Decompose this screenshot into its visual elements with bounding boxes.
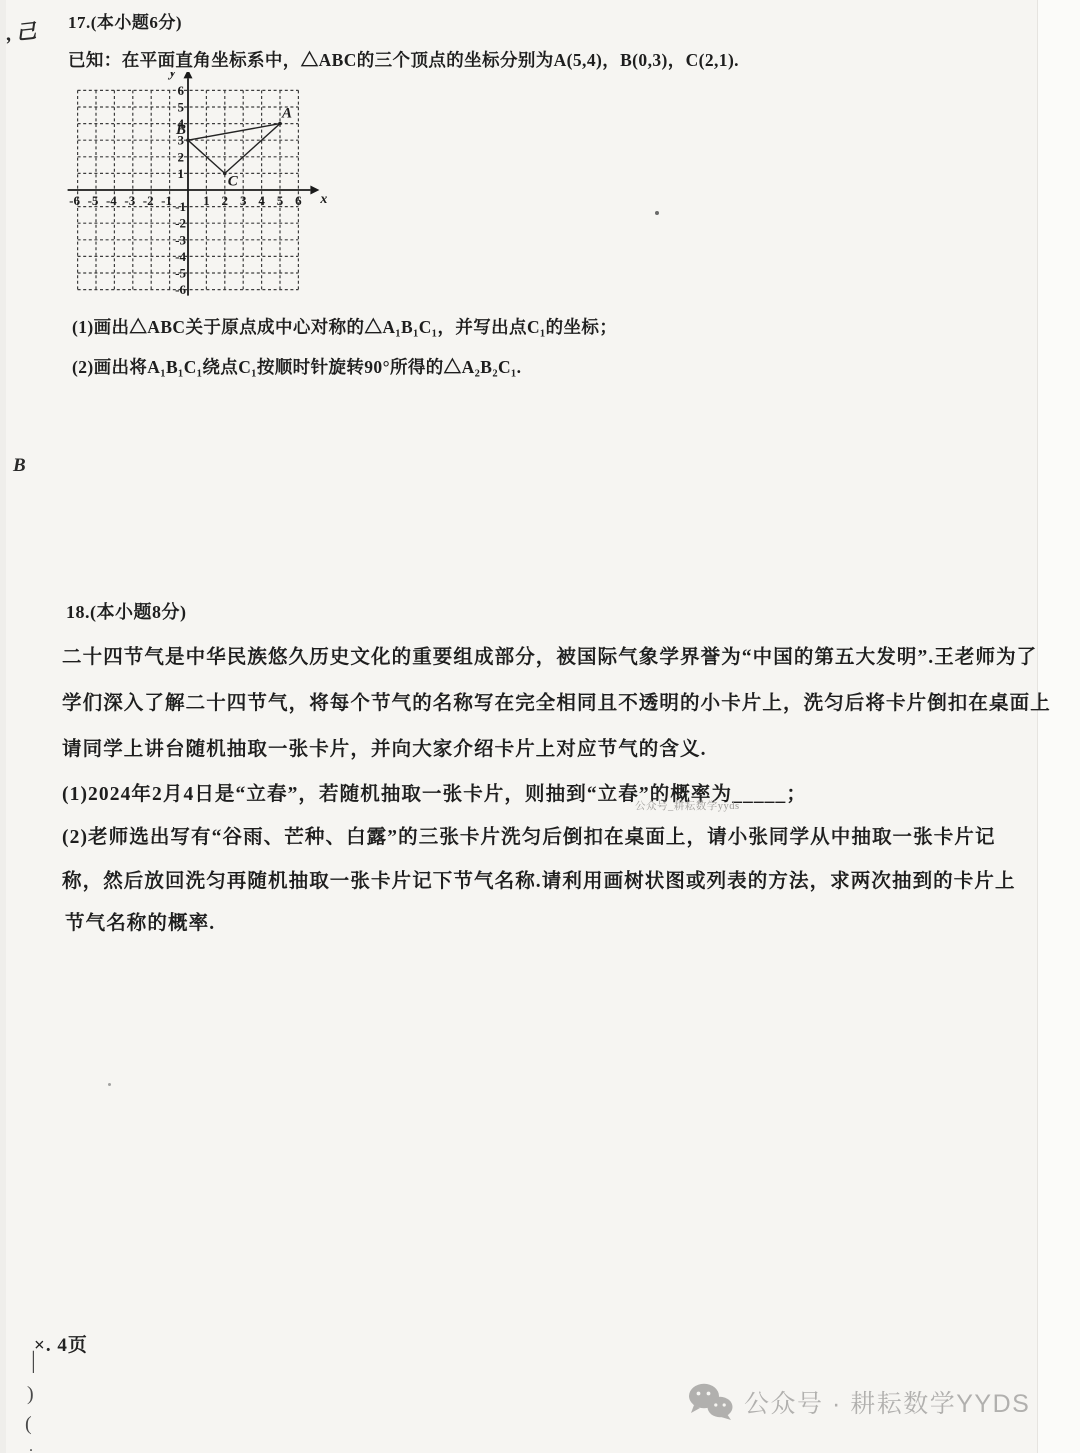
- q18-part2-line3: 节气名称的概率.: [65, 907, 215, 935]
- svg-text:-3: -3: [175, 232, 186, 247]
- q17-given-text: 已知：在平面直角坐标系中，△ABC的三个顶点的坐标分别为A(5,4)，B(0,3…: [68, 47, 739, 72]
- page-left-edge: [0, 0, 6, 1453]
- svg-text:5: 5: [277, 193, 284, 208]
- q18-part2-line1: (2)老师选出写有“谷雨、芒种、白露”的三张卡片洗匀后倒扣在桌面上，请小张同学从…: [62, 821, 996, 849]
- svg-text:-1: -1: [175, 199, 186, 214]
- svg-text:-4: -4: [175, 249, 186, 264]
- wechat-icon: [688, 1383, 734, 1421]
- margin-stray-paren2: (: [25, 1413, 32, 1436]
- svg-text:-5: -5: [175, 266, 186, 281]
- svg-text:-2: -2: [143, 193, 154, 208]
- svg-text:C: C: [228, 173, 239, 189]
- margin-scribble-b: B: [13, 455, 26, 477]
- svg-text:-5: -5: [88, 193, 99, 208]
- svg-text:5: 5: [178, 100, 185, 115]
- svg-text:-2: -2: [175, 216, 186, 231]
- svg-text:-3: -3: [124, 193, 135, 208]
- margin-stray-paren1: ): [27, 1383, 34, 1406]
- q18-paragraph-line1: 二十四节气是中华民族悠久历史文化的重要组成部分，被国际气象学界誉为“中国的第五大…: [62, 641, 1037, 669]
- q18-paragraph-line2: 学们深入了解二十四节气，将每个节气的名称写在完全相同且不透明的小卡片上，洗匀后将…: [62, 687, 1051, 715]
- svg-text:6: 6: [178, 83, 185, 98]
- margin-stray-dot: .: [29, 1438, 33, 1453]
- page-right-edge: [1037, 0, 1080, 1453]
- coordinate-grid: -6-5-4-3-2-1123456-6-5-4-3-2-1123456ABCy…: [58, 72, 328, 307]
- scanned-exam-page: , 己 B | ) ( . 17.(本小题6分) 已知：在平面直角坐标系中，△A…: [0, 0, 1080, 1453]
- svg-text:-6: -6: [69, 193, 80, 208]
- q18-part2-line2: 称，然后放回洗匀再随机抽取一张卡片记下节气名称.请利用画树状图或列表的方法，求两…: [62, 865, 1016, 893]
- q18-heading: 18.(本小题8分): [66, 598, 187, 624]
- svg-text:-6: -6: [175, 282, 186, 297]
- svg-text:-1: -1: [161, 193, 172, 208]
- inline-watermark: 公众号_耕耘数学yyds: [635, 798, 740, 813]
- coordinate-grid-svg: -6-5-4-3-2-1123456-6-5-4-3-2-1123456ABCy…: [58, 72, 328, 307]
- wechat-watermark-label: 公众号 · 耕耘数学YYDS: [744, 1384, 1030, 1420]
- scan-speck: [108, 1083, 111, 1086]
- margin-scribble-topleft: , 己: [5, 15, 38, 47]
- svg-text:2: 2: [222, 193, 229, 208]
- scan-speck: [655, 211, 659, 215]
- q17-heading: 17.(本小题6分): [68, 8, 182, 33]
- svg-text:y: y: [167, 72, 176, 80]
- svg-text:1: 1: [178, 166, 185, 181]
- svg-text:1: 1: [203, 193, 210, 208]
- svg-text:3: 3: [240, 193, 247, 208]
- svg-text:-4: -4: [106, 193, 117, 208]
- q17-part1: (1)画出△ABC关于原点成中心对称的△A₁B₁C₁，并写出点C₁的坐标；: [72, 314, 617, 339]
- svg-text:x: x: [319, 192, 327, 207]
- svg-text:A: A: [281, 106, 292, 122]
- page-number: ×. 4页: [34, 1330, 88, 1357]
- svg-text:4: 4: [258, 193, 265, 208]
- q17-part2: (2)画出将A₁B₁C₁绕点C₁按顺时针旋转90°所得的△A₂B₂C₁.: [72, 354, 521, 379]
- svg-text:B: B: [175, 122, 186, 138]
- svg-text:2: 2: [178, 149, 185, 164]
- svg-text:6: 6: [295, 193, 302, 208]
- q18-paragraph-line3: 请同学上讲台随机抽取一张卡片，并向大家介绍卡片上对应节气的含义.: [62, 733, 707, 761]
- wechat-watermark: 公众号 · 耕耘数学YYDS: [688, 1383, 1030, 1421]
